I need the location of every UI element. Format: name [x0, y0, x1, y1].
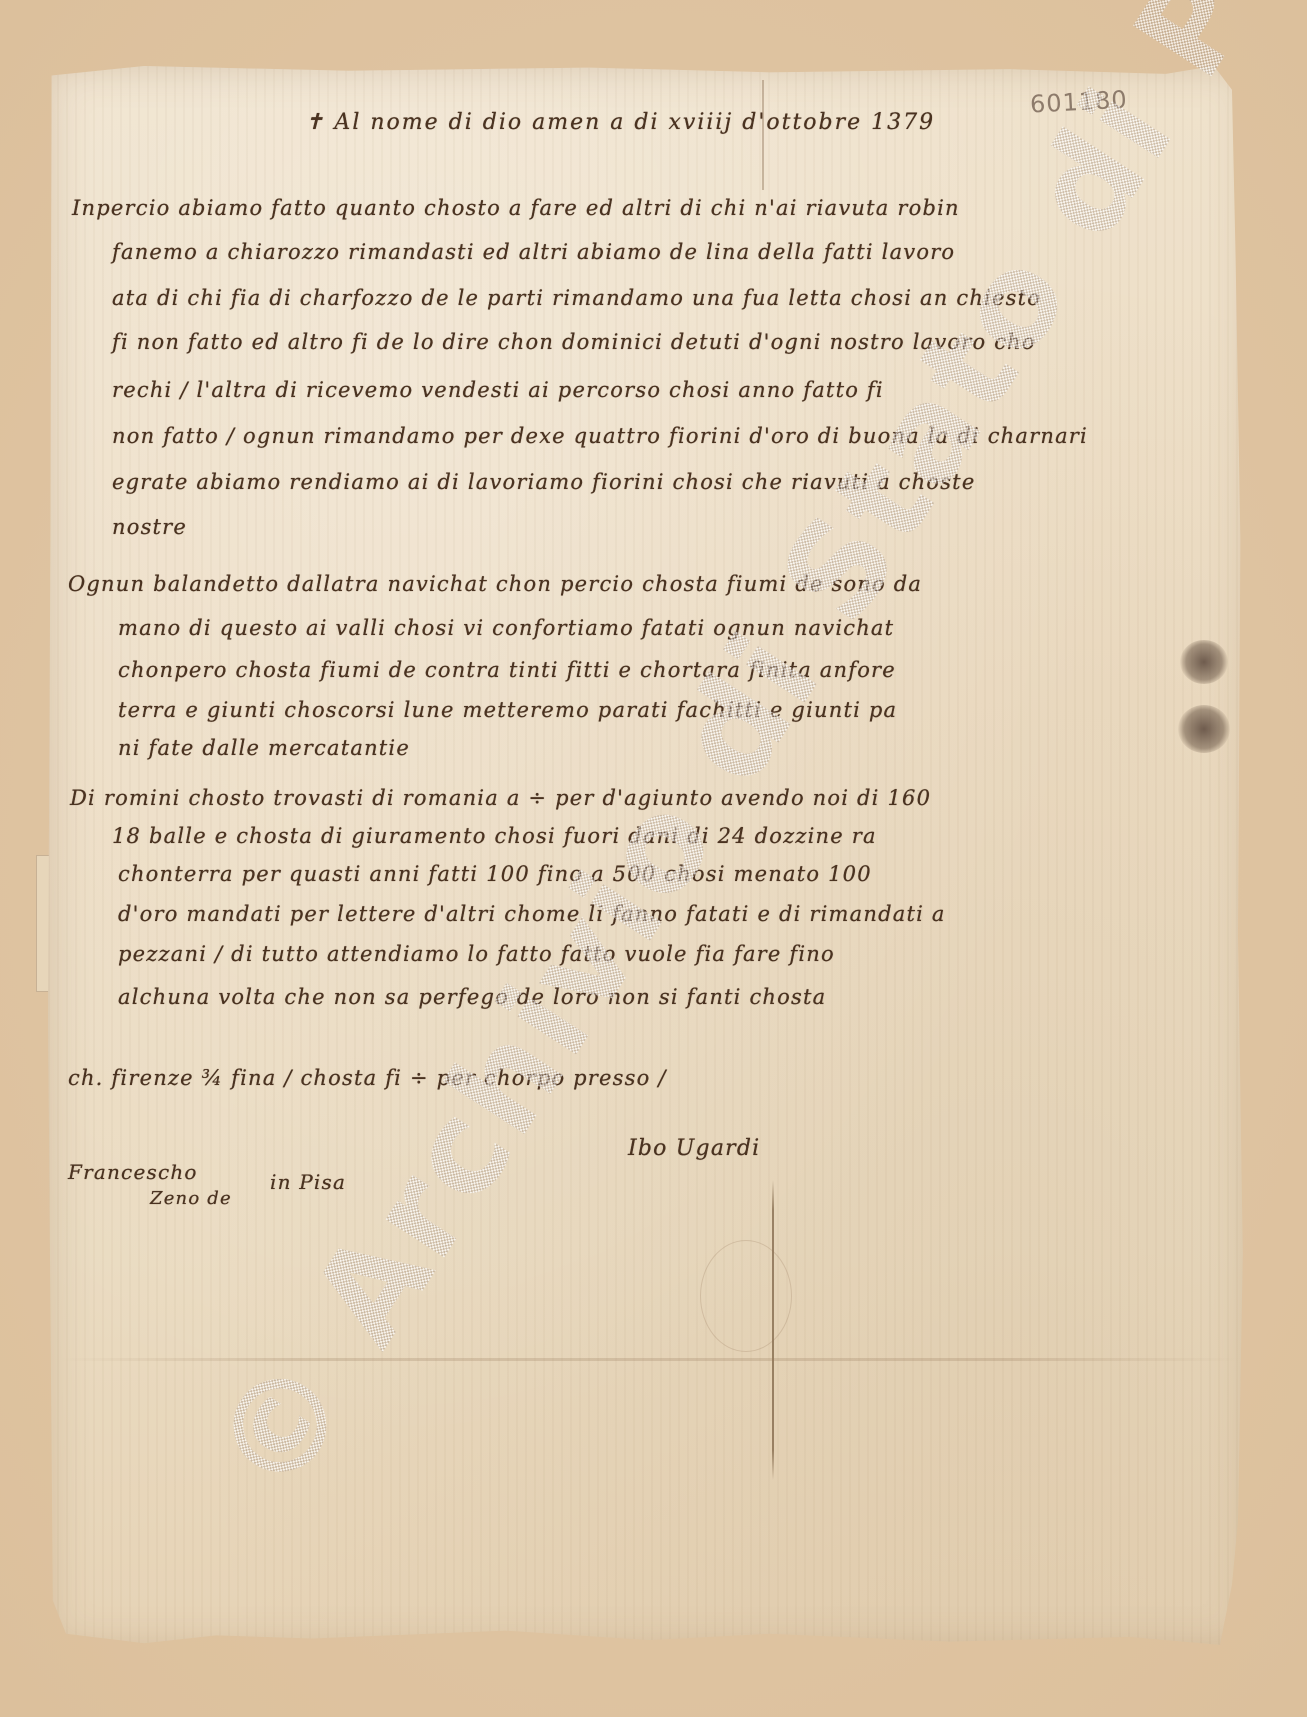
paragraph-3-line: pezzani / di tutto attendiamo lo fatto f…: [118, 942, 835, 966]
postscript-line: ch. firenze ¾ fina / chosta fi ÷ per cho…: [68, 1066, 667, 1090]
paragraph-1-line: nostre: [112, 515, 187, 539]
archive-number: 601180: [1029, 85, 1128, 118]
addressee-line-2: Zeno de: [150, 1188, 232, 1209]
paragraph-3-line: alchuna volta che non sa perfego de loro…: [118, 985, 826, 1009]
letter-heading: ✝ Al nome di dio amen a di xviiij d'otto…: [305, 110, 935, 135]
addressee-line-3: in Pisa: [270, 1170, 346, 1194]
signature: Ibo Ugardi: [628, 1136, 760, 1161]
ink-blot: [1180, 640, 1228, 684]
paragraph-1-line: fi non fatto ed altro fi de lo dire chon…: [112, 330, 1036, 354]
paragraph-2-line: Ognun balandetto dallatra navichat chon …: [68, 572, 922, 596]
paragraph-3-line: chonterra per quasti anni fatti 100 fino…: [118, 862, 872, 886]
paragraph-3-line: 18 balle e chosta di giuramento chosi fu…: [112, 824, 877, 848]
paragraph-3-line: d'oro mandati per lettere d'altri chome …: [118, 902, 946, 926]
paragraph-3-line: Di romini chosto trovasti di romania a ÷…: [70, 786, 931, 810]
paragraph-1-line: ata di chi fia di charfozzo de le parti …: [112, 286, 1041, 310]
paragraph-2-line: terra e giunti choscorsi lune metteremo …: [118, 698, 897, 722]
paragraph-1-line: non fatto / ognun rimandamo per dexe qua…: [112, 424, 1088, 448]
paragraph-1-line: rechi / l'altra di ricevemo vendesti ai …: [112, 378, 884, 402]
paragraph-1-line: Inpercio abiamo fatto quanto chosto a fa…: [72, 196, 960, 220]
paragraph-1-line: egrate abiamo rendiamo ai di lavoriamo f…: [112, 470, 975, 494]
ink-blot: [1178, 705, 1230, 753]
fold-crease-top: [762, 80, 764, 190]
paragraph-1-line: fanemo a chiarozzo rimandasti ed altri a…: [112, 240, 955, 264]
fold-crease-horizontal: [60, 1358, 1240, 1361]
paragraph-2-line: chonpero chosta fiumi de contra tinti fi…: [118, 658, 896, 682]
paragraph-2-line: ni fate dalle mercatantie: [118, 736, 410, 760]
paper-stain: [700, 1240, 792, 1352]
paragraph-2-line: mano di questo ai valli chosi vi confort…: [118, 616, 894, 640]
addressee-line-1: Francescho: [68, 1160, 198, 1184]
